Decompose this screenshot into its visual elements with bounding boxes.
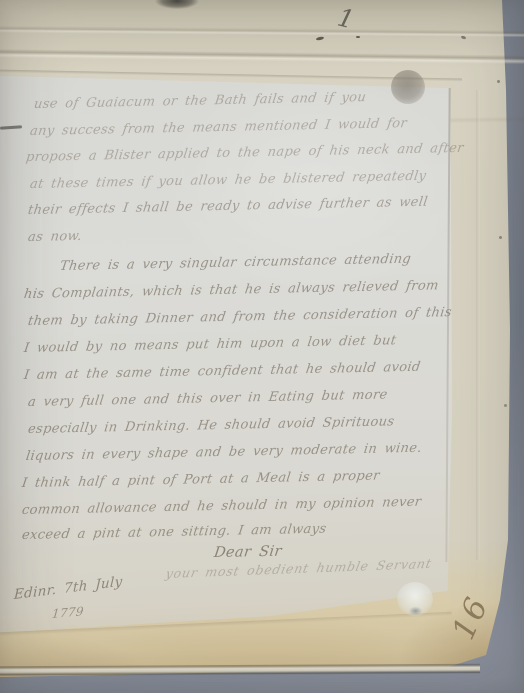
closing-salutation: Dear Sir	[213, 544, 283, 561]
manuscript-letter-photo: 1 use of Guaiacum or the Bath fails and …	[0, 0, 524, 693]
wax-wafer-remnant	[397, 582, 433, 616]
seal-stain	[391, 70, 425, 104]
ink-speck	[356, 36, 360, 38]
dateline-year: 1779	[51, 604, 84, 621]
wafer-gray-blob	[408, 606, 423, 616]
page-stack-edge	[0, 664, 480, 677]
ink-speck	[499, 236, 502, 239]
handwriting-line: as now.	[27, 229, 83, 245]
ink-speck	[497, 80, 500, 83]
ink-speck	[504, 404, 507, 407]
